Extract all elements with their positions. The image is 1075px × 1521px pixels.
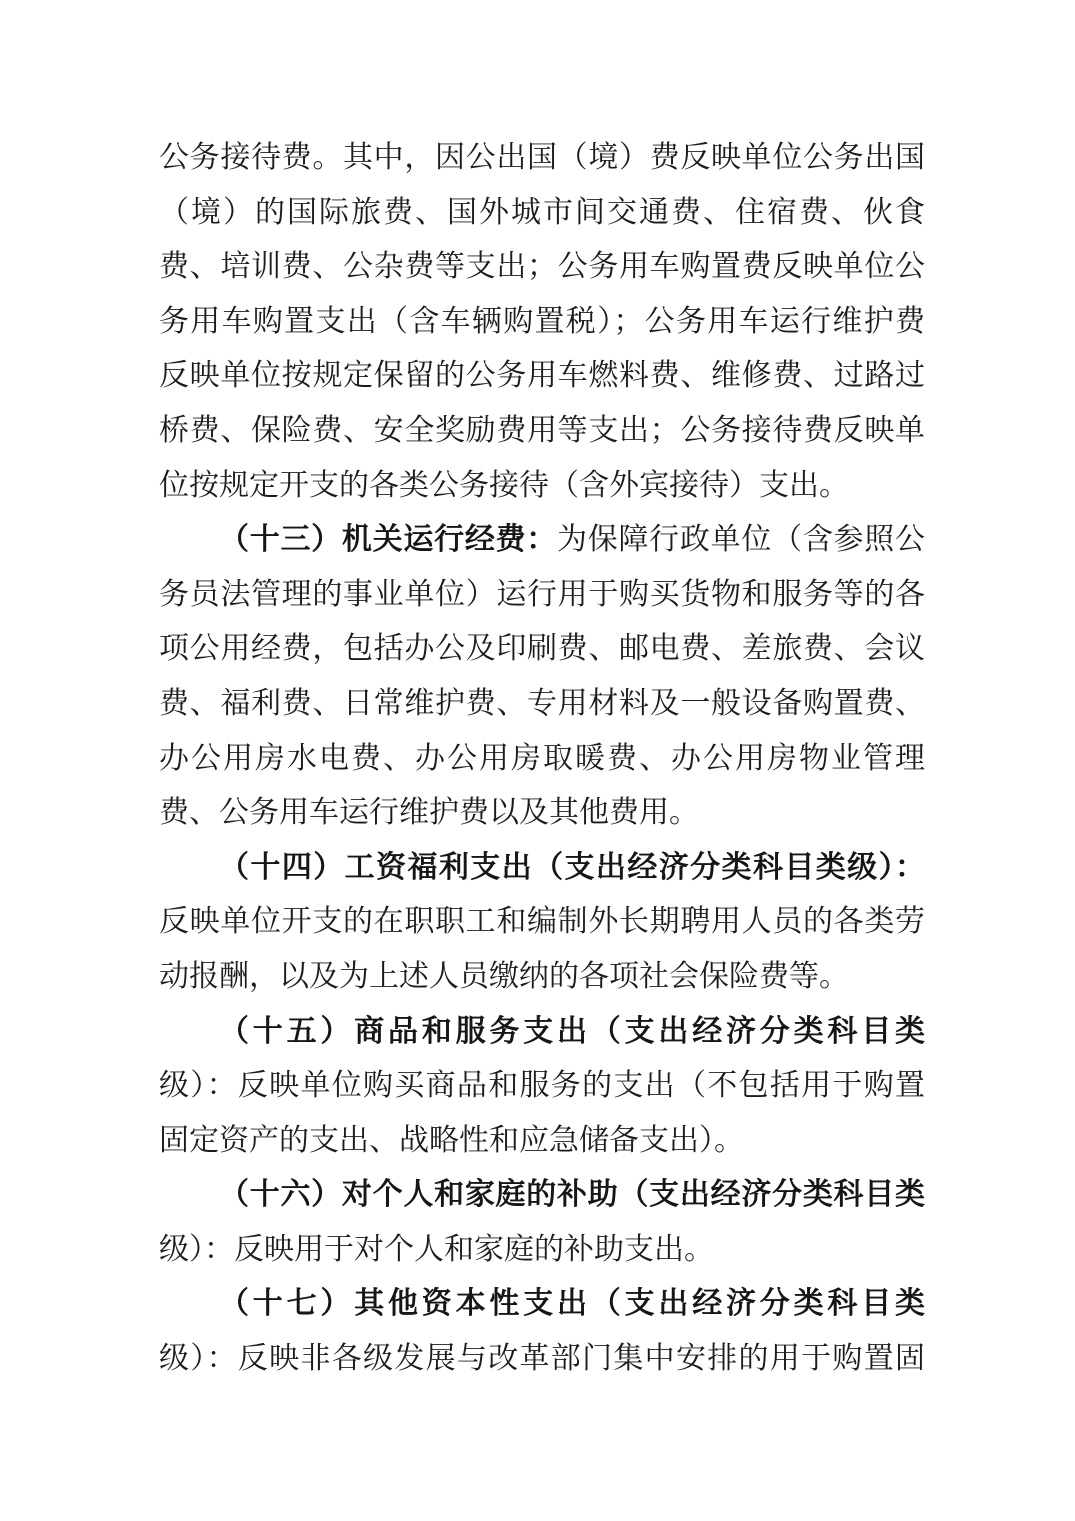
text-line: 级）：反映单位购买商品和服务的支出（不包括用于购置 [159, 1059, 925, 1114]
bold-run: （十三）机关运行经费： [219, 523, 557, 556]
text-run: 费、公务用车运行维护费以及其他费用。 [159, 796, 699, 829]
text-run: 务员法管理的事业单位）运行用于购买货物和服务等的各 [159, 578, 925, 611]
text-run: 级）：反映用于对个人和家庭的补助支出。 [159, 1233, 714, 1266]
heading-line: （十三）机关运行经费：为保障行政单位（含参照公 [159, 513, 925, 568]
text-run: （境）的国际旅费、国外城市间交通费、住宿费、伙食 [159, 196, 925, 229]
text-line: 务用车购置支出（含车辆购置税）；公务用车运行维护费 [159, 295, 925, 350]
heading-line: （十五）商品和服务支出（支出经济分类科目类 [159, 1005, 925, 1060]
bold-run: （十七）其他资本性支出（支出经济分类科目类 [219, 1287, 925, 1320]
text-line: 费、公务用车运行维护费以及其他费用。 [159, 786, 925, 841]
text-line: 费、培训费、公杂费等支出；公务用车购置费反映单位公 [159, 240, 925, 295]
text-run: 动报酬，以及为上述人员缴纳的各项社会保险费等。 [159, 960, 849, 993]
text-line: 办公用房水电费、办公用房取暖费、办公用房物业管理 [159, 732, 925, 787]
text-line: 级）：反映用于对个人和家庭的补助支出。 [159, 1223, 925, 1278]
text-line: 公务接待费。其中，因公出国（境）费反映单位公务出国 [159, 131, 925, 186]
text-run: 项公用经费，包括办公及印刷费、邮电费、差旅费、会议 [159, 632, 925, 665]
text-run: 费、培训费、公杂费等支出；公务用车购置费反映单位公 [159, 250, 925, 283]
text-line: 级）：反映非各级发展与改革部门集中安排的用于购置固 [159, 1332, 925, 1387]
bold-run: （十四）工资福利支出（支出经济分类科目类级）： [219, 851, 925, 884]
document-text-block: 公务接待费。其中，因公出国（境）费反映单位公务出国（境）的国际旅费、国外城市间交… [159, 131, 925, 1387]
text-run: 为保障行政单位（含参照公 [557, 523, 925, 556]
text-run: 反映单位按规定保留的公务用车燃料费、维修费、过路过 [159, 359, 925, 392]
text-line: 费、福利费、日常维护费、专用材料及一般设备购置费、 [159, 677, 925, 732]
text-line: 固定资产的支出、战略性和应急储备支出）。 [159, 1114, 925, 1169]
text-run: 位按规定开支的各类公务接待（含外宾接待）支出。 [159, 469, 849, 502]
document-page: 公务接待费。其中，因公出国（境）费反映单位公务出国（境）的国际旅费、国外城市间交… [0, 0, 1075, 1521]
text-line: 位按规定开支的各类公务接待（含外宾接待）支出。 [159, 459, 925, 514]
text-run: 级）：反映非各级发展与改革部门集中安排的用于购置固 [159, 1342, 925, 1375]
text-run: 务用车购置支出（含车辆购置税）；公务用车运行维护费 [159, 305, 925, 338]
text-line: （境）的国际旅费、国外城市间交通费、住宿费、伙食 [159, 186, 925, 241]
text-line: 项公用经费，包括办公及印刷费、邮电费、差旅费、会议 [159, 622, 925, 677]
text-line: 反映单位开支的在职职工和编制外长期聘用人员的各类劳 [159, 895, 925, 950]
heading-line: （十六）对个人和家庭的补助（支出经济分类科目类 [159, 1168, 925, 1223]
bold-run: （十五）商品和服务支出（支出经济分类科目类 [219, 1015, 925, 1048]
text-run: 级）：反映单位购买商品和服务的支出（不包括用于购置 [159, 1069, 925, 1102]
text-line: 动报酬，以及为上述人员缴纳的各项社会保险费等。 [159, 950, 925, 1005]
text-line: 务员法管理的事业单位）运行用于购买货物和服务等的各 [159, 568, 925, 623]
text-run: 费、福利费、日常维护费、专用材料及一般设备购置费、 [159, 687, 925, 720]
text-run: 固定资产的支出、战略性和应急储备支出）。 [159, 1124, 744, 1157]
text-run: 公务接待费。其中，因公出国（境）费反映单位公务出国 [159, 141, 925, 174]
bold-run: （十六）对个人和家庭的补助（支出经济分类科目类 [219, 1178, 925, 1211]
text-run: 反映单位开支的在职职工和编制外长期聘用人员的各类劳 [159, 905, 925, 938]
text-line: 桥费、保险费、安全奖励费用等支出；公务接待费反映单 [159, 404, 925, 459]
text-line: 反映单位按规定保留的公务用车燃料费、维修费、过路过 [159, 349, 925, 404]
heading-line: （十四）工资福利支出（支出经济分类科目类级）： [159, 841, 925, 896]
heading-line: （十七）其他资本性支出（支出经济分类科目类 [159, 1277, 925, 1332]
text-run: 办公用房水电费、办公用房取暖费、办公用房物业管理 [159, 742, 925, 775]
text-run: 桥费、保险费、安全奖励费用等支出；公务接待费反映单 [159, 414, 925, 447]
